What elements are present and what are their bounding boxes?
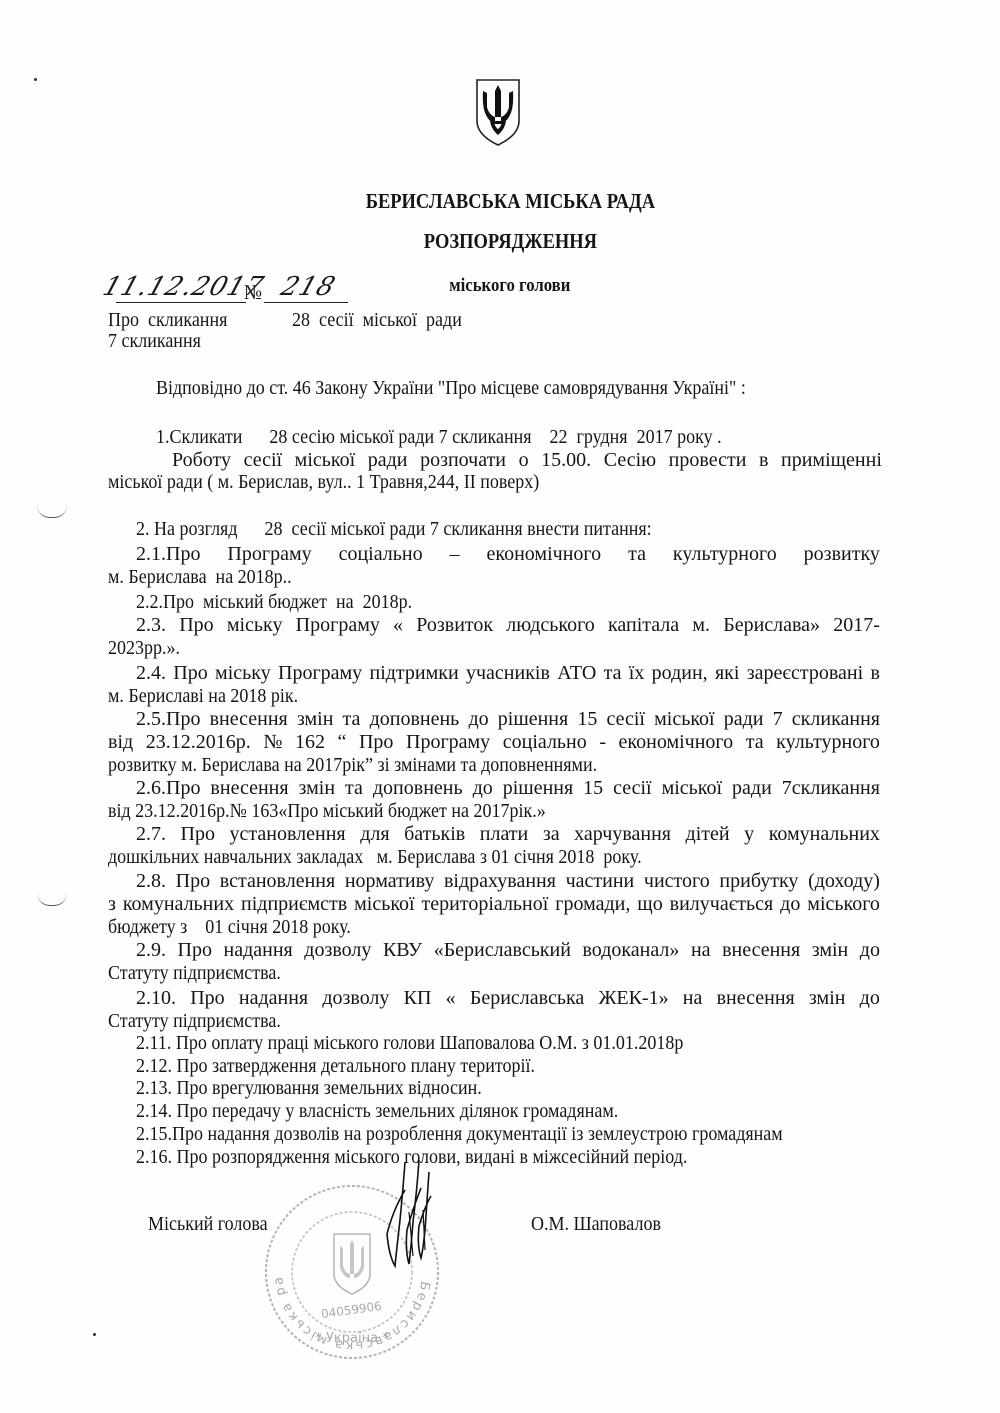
- word: в: [759, 449, 768, 471]
- word: на: [691, 939, 711, 961]
- word: рішення: [503, 777, 573, 799]
- scan-speck: [93, 1333, 96, 1336]
- word: капітала: [608, 614, 679, 636]
- word: №: [263, 731, 282, 753]
- word: дозволу: [322, 987, 389, 1009]
- word: відрахування: [444, 870, 556, 892]
- word: громади,: [555, 893, 630, 915]
- word: на: [683, 987, 703, 1009]
- word: м.: [692, 614, 710, 636]
- word: внесення: [210, 777, 288, 799]
- word: водоканал»: [582, 939, 679, 961]
- agenda-item-14-line-1: 2.14. Про передачу у власність земельних…: [136, 1100, 618, 1122]
- word: внесення: [722, 939, 800, 961]
- word: та: [746, 731, 764, 753]
- signatory-name: О.М. Шаповалов: [531, 1213, 661, 1235]
- agenda-item-6-line-2: від 23.12.2016р.№ 163«Про міський бюджет…: [108, 800, 546, 822]
- word: культурного: [673, 543, 777, 565]
- word: доповнень: [370, 708, 460, 730]
- word: частини: [566, 870, 635, 892]
- word: міську: [215, 662, 271, 684]
- agenda-item-5-line-1: 2.5.Провнесеннязмінтадоповненьдорішення1…: [136, 708, 880, 730]
- word: від: [108, 731, 133, 753]
- word: людського: [506, 614, 595, 636]
- word: ради: [732, 777, 772, 799]
- handwritten-signature: [383, 1160, 443, 1270]
- agenda-item-8-line-2: зкомунальнихпідприємствміськоїтериторіал…: [108, 893, 880, 915]
- word: 2.10.: [136, 987, 176, 1009]
- word: Про: [179, 614, 213, 636]
- word: територіальної: [422, 893, 549, 915]
- word: міської: [295, 449, 355, 471]
- word: приміщенні: [781, 449, 882, 471]
- word: міського: [807, 893, 880, 915]
- word: «Бериславський: [434, 939, 571, 961]
- word: до: [468, 708, 488, 730]
- word: «: [446, 987, 456, 1009]
- word: 7скликання: [782, 777, 880, 799]
- word: надання: [224, 939, 293, 961]
- word: Про: [190, 987, 224, 1009]
- word: міської: [354, 893, 414, 915]
- word: до: [860, 939, 880, 961]
- word: Програму: [406, 731, 490, 753]
- agenda-item-5-line-2: від23.12.2016р.№162“ПроПрограмусоціально…: [108, 731, 880, 753]
- preamble: Відповідно до ст. 46 Закону України "Про…: [156, 377, 746, 399]
- word: 162: [295, 731, 325, 753]
- item-1-line-1: 1.Скликати 28 сесію міської ради 7 склик…: [156, 426, 722, 448]
- agenda-item-2-line-1: 2.2.Про міський бюджет на 2018р.: [136, 591, 412, 613]
- word: Про: [181, 823, 215, 845]
- word: Бериславська: [470, 987, 584, 1009]
- word: внесення: [210, 708, 288, 730]
- word: внесення: [717, 987, 795, 1009]
- handwritten-date: 11.12.2017: [99, 272, 268, 302]
- word: змін: [297, 708, 334, 730]
- word: дітей: [686, 823, 730, 845]
- word: до: [473, 777, 493, 799]
- punch-hole-mark: [37, 893, 67, 906]
- word: розвитку: [804, 543, 880, 565]
- agenda-item-3-line-2: 2023рр.».: [108, 637, 180, 659]
- word: 2.7.: [136, 823, 166, 845]
- word: харчування: [574, 823, 671, 845]
- word: та: [345, 777, 363, 799]
- agenda-item-6-line-1: 2.6.Провнесеннязмінтадоповненьдорішення1…: [136, 777, 880, 799]
- agenda-item-11-line-1: 2.11. Про оплату праці міського голови Ш…: [136, 1032, 683, 1054]
- word: батьків: [404, 823, 465, 845]
- word: сесії: [613, 777, 652, 799]
- word: дозволу: [304, 939, 371, 961]
- word: ради: [368, 449, 408, 471]
- word: їх: [629, 662, 645, 684]
- word: в: [870, 662, 879, 684]
- word: та: [343, 708, 361, 730]
- word: 2.4.: [136, 662, 166, 684]
- agenda-item-13-line-1: 2.13. Про врегулювання земельних відноси…: [136, 1077, 482, 1099]
- word: «: [393, 614, 403, 636]
- word: культурного: [776, 731, 880, 753]
- agenda-item-3-line-1: 2.3.ПроміськуПрограму«Розвитоклюдськогок…: [136, 614, 880, 636]
- word: 2.3.: [136, 614, 166, 636]
- number-underline: [264, 302, 348, 303]
- word: -: [599, 731, 606, 753]
- word: економічного: [487, 543, 602, 565]
- word: ради: [724, 708, 764, 730]
- word: для: [360, 823, 389, 845]
- agenda-item-9-line-1: 2.9.ПронаданнядозволуКВУ«Бериславськийво…: [136, 939, 880, 961]
- svg-text:* Україна *: * Україна *: [315, 1331, 389, 1346]
- agenda-item-10-line-1: 2.10.ПронаданнядозволуКП«БериславськаЖЕК…: [136, 987, 880, 1009]
- word: КВУ: [383, 939, 422, 961]
- word: прибутку: [719, 870, 798, 892]
- word: (доходу): [808, 870, 880, 892]
- word: та: [604, 662, 622, 684]
- word: Про: [178, 939, 212, 961]
- word: міську: [227, 614, 283, 636]
- subject-line-1b: 28 сесії міської ради: [292, 309, 462, 331]
- agenda-item-8-line-3: бюджету з 01 січня 2018 року.: [108, 916, 351, 938]
- word: ЖЕК-1»: [598, 987, 668, 1009]
- word: Програму: [296, 614, 380, 636]
- trident-coat-of-arms-icon: [473, 77, 523, 147]
- word: рішення: [498, 708, 568, 730]
- agenda-item-7-line-1: 2.7.Проустановленнядлябатьківплатизахарч…: [136, 823, 880, 845]
- word: Берислава»: [723, 614, 820, 636]
- word: –: [450, 543, 460, 565]
- word: з: [108, 893, 116, 915]
- handwritten-number: 218: [277, 272, 339, 302]
- word: зареєстровані: [747, 662, 863, 684]
- word: провести: [669, 449, 747, 471]
- svg-text:04059906: 04059906: [320, 1299, 382, 1321]
- agenda-item-4-line-2: м. Бериславі на 2018 рік.: [108, 685, 298, 707]
- word: встановлення: [220, 870, 335, 892]
- word: родин,: [652, 662, 708, 684]
- word: економічного: [619, 731, 734, 753]
- number-sign: №: [244, 281, 262, 303]
- word: та: [628, 543, 646, 565]
- agenda-item-1-line-2: м. Берислава на 2018р..: [108, 566, 292, 588]
- agenda-item-5-line-3: розвитку м. Берислава на 2017рік” зі змі…: [108, 754, 597, 776]
- word: 15: [577, 708, 597, 730]
- word: 15.00.: [541, 449, 591, 471]
- word: які: [715, 662, 739, 684]
- word: Сесію: [604, 449, 656, 471]
- word: плати: [480, 823, 529, 845]
- word: розпочати: [420, 449, 506, 471]
- agenda-item-9-line-2: Статуту підприємства.: [108, 962, 281, 984]
- agenda-item-12-line-1: 2.12. Про затвердження детального плану …: [136, 1055, 535, 1077]
- word: 2.8.: [136, 870, 166, 892]
- word: вилучається: [670, 893, 774, 915]
- word: сесії: [244, 449, 283, 471]
- agenda-item-1-line-1: 2.1.ПроПрограмусоціально–економічноготак…: [136, 543, 880, 565]
- subject-line-1a: Про скликання: [108, 309, 227, 331]
- item-1-line-3: міської ради ( м. Берислав, вул.. 1 Трав…: [108, 471, 539, 493]
- agenda-item-4-line-1: 2.4.ПроміськуПрограмупідтримкиучасниківА…: [136, 662, 880, 684]
- word: соціально: [339, 543, 423, 565]
- word: 2.6.Про: [136, 777, 200, 799]
- word: Про: [359, 731, 393, 753]
- word: Про: [173, 662, 207, 684]
- date-underline: [116, 302, 246, 303]
- subject-line-2: 7 скликання: [108, 330, 201, 352]
- word: комунальних: [123, 893, 234, 915]
- word: сесії: [607, 708, 646, 730]
- document-page: БЕРИСЛАВСЬКА МІСЬКА РАДА РОЗПОРЯДЖЕННЯ м…: [0, 0, 1000, 1413]
- word: Роботу: [172, 449, 231, 471]
- word: 7: [773, 708, 783, 730]
- word: Програму: [278, 662, 362, 684]
- word: нормативу: [345, 870, 434, 892]
- word: у: [744, 823, 754, 845]
- word: доповнень: [373, 777, 463, 799]
- word: Розвиток: [416, 614, 493, 636]
- word: надання: [239, 987, 308, 1009]
- word: змін: [299, 777, 336, 799]
- signatory-position: Міський голова: [148, 1213, 268, 1235]
- word: міської: [654, 708, 714, 730]
- word: 2.5.Про: [136, 708, 200, 730]
- word: що: [637, 893, 662, 915]
- word: 23.12.2016р.: [146, 731, 251, 753]
- word: АТО: [557, 662, 596, 684]
- word: 2017-: [833, 614, 880, 636]
- word: 2.1.Про: [136, 543, 200, 565]
- word: до: [860, 987, 880, 1009]
- word: підтримки: [369, 662, 458, 684]
- word: 15: [583, 777, 603, 799]
- agenda-item-7-line-2: дошкільних навчальних закладах м. Берисл…: [108, 846, 642, 868]
- word: міської: [662, 777, 722, 799]
- scan-speck: [34, 78, 37, 81]
- word: за: [543, 823, 560, 845]
- word: о: [519, 449, 529, 471]
- word: Програму: [227, 543, 311, 565]
- agenda-item-15-line-1: 2.15.Про надання дозволів на розроблення…: [136, 1123, 783, 1145]
- agenda-item-8-line-1: 2.8.Провстановленнянормативувідрахування…: [136, 870, 880, 892]
- word: учасників: [466, 662, 550, 684]
- item-1-line-2: Роботусесіїміськоїрадирозпочатио15.00.Се…: [172, 449, 882, 471]
- word: Про: [176, 870, 210, 892]
- word: змін: [809, 987, 846, 1009]
- word: “: [338, 731, 347, 753]
- punch-hole-mark: [37, 505, 67, 518]
- word: змін: [812, 939, 849, 961]
- agenda-item-10-line-2: Статуту підприємства.: [108, 1010, 281, 1032]
- word: КП: [404, 987, 432, 1009]
- word: скликання: [792, 708, 880, 730]
- word: 2.9.: [136, 939, 166, 961]
- word: підприємств: [241, 893, 347, 915]
- item-2-intro: 2. На розгляд 28 сесії міської ради 7 ск…: [136, 518, 652, 540]
- word: комунальних: [769, 823, 880, 845]
- word: соціально: [503, 731, 587, 753]
- word: до: [780, 893, 800, 915]
- word: чистого: [644, 870, 710, 892]
- word: установлення: [230, 823, 346, 845]
